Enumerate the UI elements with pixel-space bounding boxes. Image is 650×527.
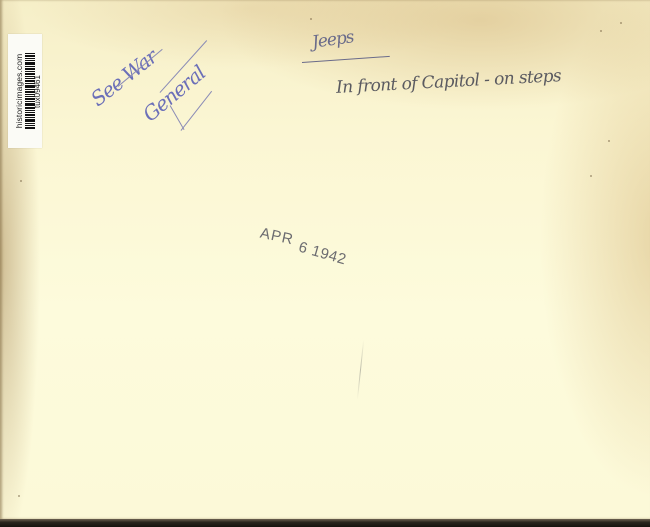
photo-back-sheet: historicimages.com tux09461 See War Gene… bbox=[0, 0, 650, 519]
paper-crease bbox=[357, 340, 364, 400]
date-stamp-month: APR bbox=[259, 225, 296, 249]
date-stamp-day-year: 6 1942 bbox=[297, 239, 349, 269]
paper-speck bbox=[600, 30, 602, 32]
paper-speck bbox=[620, 22, 622, 24]
check-stroke-short bbox=[169, 105, 184, 130]
paper-speck bbox=[590, 175, 592, 177]
label-site-text: historicimages.com bbox=[15, 54, 24, 129]
label-item-id: tux09461 bbox=[34, 75, 42, 108]
paper-speck bbox=[18, 495, 20, 497]
note-caption: In front of Capitol - on steps bbox=[336, 66, 562, 98]
paper-speck bbox=[310, 18, 312, 20]
underline-jeeps bbox=[302, 56, 390, 63]
paper-speck bbox=[608, 140, 610, 142]
scan-bottom-edge bbox=[0, 519, 650, 527]
note-jeeps: Jeeps bbox=[311, 27, 355, 53]
paper-speck bbox=[20, 180, 22, 182]
barcode-label: historicimages.com tux09461 bbox=[8, 34, 42, 148]
